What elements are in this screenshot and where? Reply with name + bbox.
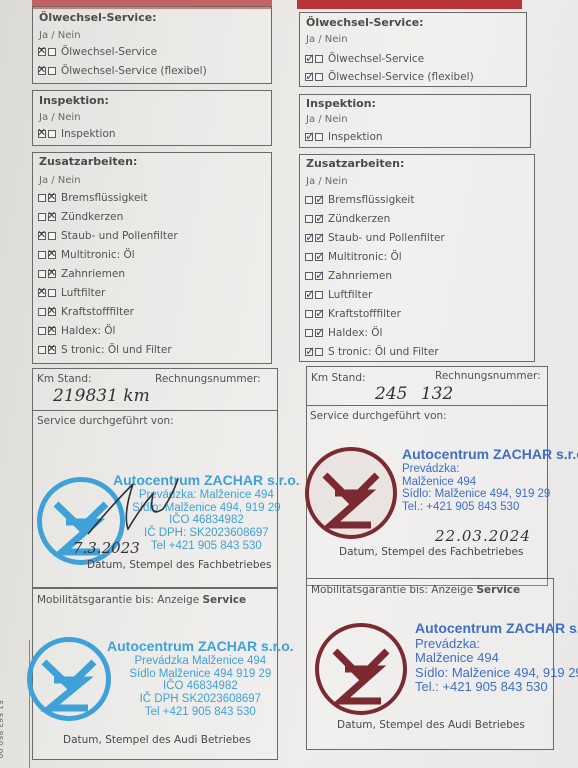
signature	[83, 474, 203, 544]
checkbox-row[interactable]: Staub- und Pollenfilter	[38, 230, 178, 242]
ja-checkbox[interactable]	[38, 194, 46, 202]
inspection-box: Inspektion: Ja / Nein Inspektion	[32, 90, 272, 146]
inspection-box: Inspektion: Ja / Nein Inspektion	[299, 94, 531, 148]
checkbox-row[interactable]: Ölwechsel-Service (flexibel)	[38, 65, 207, 77]
extra-work-title: Zusatzarbeiten:	[39, 155, 137, 168]
checkbox-row[interactable]: Haldex: Öl	[38, 325, 115, 337]
mobility-caption: Datum, Stempel des Audi Betriebes	[63, 734, 251, 746]
ja-checkbox[interactable]	[305, 272, 313, 280]
ja-checkbox[interactable]	[38, 67, 46, 75]
service-caption: Datum, Stempel des Fachbetriebes	[339, 546, 523, 558]
nein-checkbox[interactable]	[48, 327, 56, 335]
ja-checkbox[interactable]	[305, 215, 313, 223]
item-label: Haldex: Öl	[61, 325, 115, 337]
nein-checkbox[interactable]	[48, 346, 56, 354]
item-label: Kraftstofffilter	[328, 308, 401, 320]
item-label: Inspektion	[61, 128, 116, 140]
service-performed-box: Km Stand: Rechnungsnummer: 245 132 Servi…	[306, 366, 548, 586]
nein-checkbox[interactable]	[48, 67, 56, 75]
nein-checkbox[interactable]	[315, 215, 323, 223]
nein-checkbox[interactable]	[48, 270, 56, 278]
checkbox-row[interactable]: Bremsflüssigkeit	[38, 192, 147, 204]
nein-checkbox[interactable]	[315, 329, 323, 337]
extra-work-title: Zusatzarbeiten:	[306, 157, 404, 170]
item-label: S tronic: Öl und Filter	[328, 346, 439, 358]
service-by-label: Service durchgeführt von:	[37, 415, 174, 427]
nein-checkbox[interactable]	[315, 253, 323, 261]
ja-checkbox[interactable]	[38, 346, 46, 354]
mobility-label: Mobilitätsgarantie bis: Anzeige Service	[311, 584, 520, 596]
checkbox-row[interactable]: S tronic: Öl und Filter	[305, 346, 439, 358]
item-label: Luftfilter	[328, 289, 372, 301]
km-label: Km Stand:	[37, 373, 92, 385]
zachar-logo-icon	[27, 637, 111, 721]
checkbox-row[interactable]: Ölwechsel-Service	[38, 46, 157, 58]
checkbox-row[interactable]: Kraftstofffilter	[38, 306, 134, 318]
item-label: S tronic: Öl und Filter	[61, 344, 172, 356]
ja-checkbox[interactable]	[305, 329, 313, 337]
nein-checkbox[interactable]	[315, 291, 323, 299]
yes-no-label: Ja / Nein	[306, 114, 348, 125]
item-label: Haldex: Öl	[328, 327, 382, 339]
item-label: Multitronic: Öl	[328, 251, 402, 263]
ja-checkbox[interactable]	[305, 348, 313, 356]
ja-checkbox[interactable]	[305, 55, 313, 63]
item-label: Bremsflüssigkeit	[328, 194, 414, 206]
checkbox-row[interactable]: Zündkerzen	[305, 213, 390, 225]
item-label: Ölwechsel-Service	[328, 53, 424, 65]
nein-checkbox[interactable]	[315, 196, 323, 204]
checkbox-row[interactable]: Bremsflüssigkeit	[305, 194, 414, 206]
item-label: Zahnriemen	[61, 268, 125, 280]
nein-checkbox[interactable]	[48, 213, 56, 221]
km-value: 219831 km	[53, 386, 150, 406]
zachar-logo-icon	[315, 623, 407, 715]
nein-checkbox[interactable]	[315, 73, 323, 81]
service-booklet-page: 51.563.850.00 Ölwechsel-Service: Ja / Ne…	[0, 0, 578, 768]
item-label: Staub- und Pollenfilter	[328, 232, 445, 244]
item-label: Luftfilter	[61, 287, 105, 299]
ja-checkbox[interactable]	[38, 327, 46, 335]
ja-checkbox[interactable]	[38, 289, 46, 297]
oil-service-box: Ölwechsel-Service: Ja / Nein Ölwechsel-S…	[32, 6, 272, 84]
checkbox-row[interactable]: Kraftstofffilter	[305, 308, 401, 320]
nein-checkbox[interactable]	[48, 289, 56, 297]
extra-work-box: Zusatzarbeiten: Ja / Nein Bremsflüssigke…	[32, 152, 272, 364]
inspection-title: Inspektion:	[39, 94, 109, 107]
checkbox-row[interactable]: Inspektion	[38, 128, 116, 140]
item-label: Staub- und Pollenfilter	[61, 230, 178, 242]
item-label: Zündkerzen	[328, 213, 390, 225]
mobility-caption: Datum, Stempel des Audi Betriebes	[337, 719, 525, 731]
mobility-stamp: Autocentrum ZACHAR s.r.o. Prevádzka: Mal…	[415, 621, 578, 695]
yes-no-label: Ja / Nein	[39, 112, 81, 123]
ja-checkbox[interactable]	[38, 308, 46, 316]
checkbox-row[interactable]: Ölwechsel-Service	[305, 53, 424, 65]
nein-checkbox[interactable]	[48, 48, 56, 56]
checkbox-row[interactable]: Luftfilter	[305, 289, 372, 301]
nein-checkbox[interactable]	[315, 55, 323, 63]
mobility-box: Mobilitätsgarantie bis: Anzeige Service …	[306, 578, 554, 750]
ja-checkbox[interactable]	[38, 213, 46, 221]
extra-work-box: Zusatzarbeiten: Ja / Nein Bremsflüssigke…	[299, 154, 535, 362]
ja-checkbox[interactable]	[38, 48, 46, 56]
checkbox-row[interactable]: Zahnriemen	[305, 270, 392, 282]
service-caption: Datum, Stempel des Fachbetriebes	[87, 559, 271, 571]
mobility-box: Mobilitätsgarantie bis: Anzeige Service …	[32, 588, 278, 760]
oil-service-title: Ölwechsel-Service:	[306, 16, 424, 29]
item-label: Inspektion	[328, 131, 383, 143]
item-label: Ölwechsel-Service (flexibel)	[61, 65, 207, 77]
service-date: 7.3.2023	[73, 539, 140, 557]
km-label: Km Stand:	[311, 372, 366, 384]
side-code: 51.563.850.00	[0, 700, 4, 759]
oil-service-box: Ölwechsel-Service: Ja / Nein Ölwechsel-S…	[299, 12, 527, 87]
ja-checkbox[interactable]	[305, 196, 313, 204]
ja-checkbox[interactable]	[38, 130, 46, 138]
service-performed-box: Km Stand: Rechnungsnummer: 219831 km Ser…	[32, 368, 278, 588]
checkbox-row[interactable]: Inspektion	[305, 131, 383, 143]
checkbox-row[interactable]: Luftfilter	[38, 287, 105, 299]
nein-checkbox[interactable]	[48, 308, 56, 316]
nein-checkbox[interactable]	[315, 234, 323, 242]
service-date: 22.03.2024	[435, 527, 531, 545]
checkbox-row[interactable]: S tronic: Öl und Filter	[38, 344, 172, 356]
ja-checkbox[interactable]	[305, 291, 313, 299]
nein-checkbox[interactable]	[315, 272, 323, 280]
invoice-label: Rechnungsnummer:	[155, 373, 261, 385]
item-label: Ölwechsel-Service	[61, 46, 157, 58]
service-stamp: Autocentrum ZACHAR s.r.o. Prevádzka: Mal…	[402, 447, 578, 514]
nein-checkbox[interactable]	[48, 232, 56, 240]
oil-service-title: Ölwechsel-Service:	[39, 11, 157, 24]
nein-checkbox[interactable]	[315, 310, 323, 318]
checkbox-row[interactable]: Staub- und Pollenfilter	[305, 232, 445, 244]
ja-checkbox[interactable]	[305, 310, 313, 318]
yes-no-label: Ja / Nein	[306, 34, 348, 45]
yes-no-label: Ja / Nein	[39, 175, 81, 186]
nein-checkbox[interactable]	[48, 194, 56, 202]
ja-checkbox[interactable]	[305, 253, 313, 261]
km-value: 245 132	[375, 384, 453, 404]
nein-checkbox[interactable]	[315, 348, 323, 356]
page-edge-line	[29, 640, 30, 768]
nein-checkbox[interactable]	[315, 133, 323, 141]
nein-checkbox[interactable]	[48, 130, 56, 138]
yes-no-label: Ja / Nein	[39, 30, 81, 41]
yes-no-label: Ja / Nein	[306, 176, 348, 187]
item-label: Ölwechsel-Service (flexibel)	[328, 71, 474, 83]
invoice-label: Rechnungsnummer:	[435, 370, 541, 382]
checkbox-row[interactable]: Multitronic: Öl	[38, 249, 135, 261]
nein-checkbox[interactable]	[48, 251, 56, 259]
ja-checkbox[interactable]	[38, 232, 46, 240]
item-label: Zahnriemen	[328, 270, 392, 282]
ja-checkbox[interactable]	[38, 251, 46, 259]
inspection-title: Inspektion:	[306, 97, 376, 110]
zachar-logo-icon	[305, 447, 397, 539]
item-label: Zündkerzen	[61, 211, 123, 223]
item-label: Kraftstofffilter	[61, 306, 134, 318]
ja-checkbox[interactable]	[38, 270, 46, 278]
checkbox-row[interactable]: Ölwechsel-Service (flexibel)	[305, 71, 474, 83]
mobility-stamp: Autocentrum ZACHAR s.r.o. Prevádzka Malž…	[107, 639, 294, 719]
checkbox-row[interactable]: Zahnriemen	[38, 268, 125, 280]
ja-checkbox[interactable]	[305, 73, 313, 81]
service-by-label: Service durchgeführt von:	[310, 410, 447, 422]
checkbox-row[interactable]: Haldex: Öl	[305, 327, 382, 339]
mobility-label: Mobilitätsgarantie bis: Anzeige Service	[37, 594, 246, 606]
ja-checkbox[interactable]	[305, 234, 313, 242]
header-band-right	[297, 0, 522, 9]
checkbox-row[interactable]: Multitronic: Öl	[305, 251, 402, 263]
checkbox-row[interactable]: Zündkerzen	[38, 211, 123, 223]
ja-checkbox[interactable]	[305, 133, 313, 141]
item-label: Multitronic: Öl	[61, 249, 135, 261]
item-label: Bremsflüssigkeit	[61, 192, 147, 204]
